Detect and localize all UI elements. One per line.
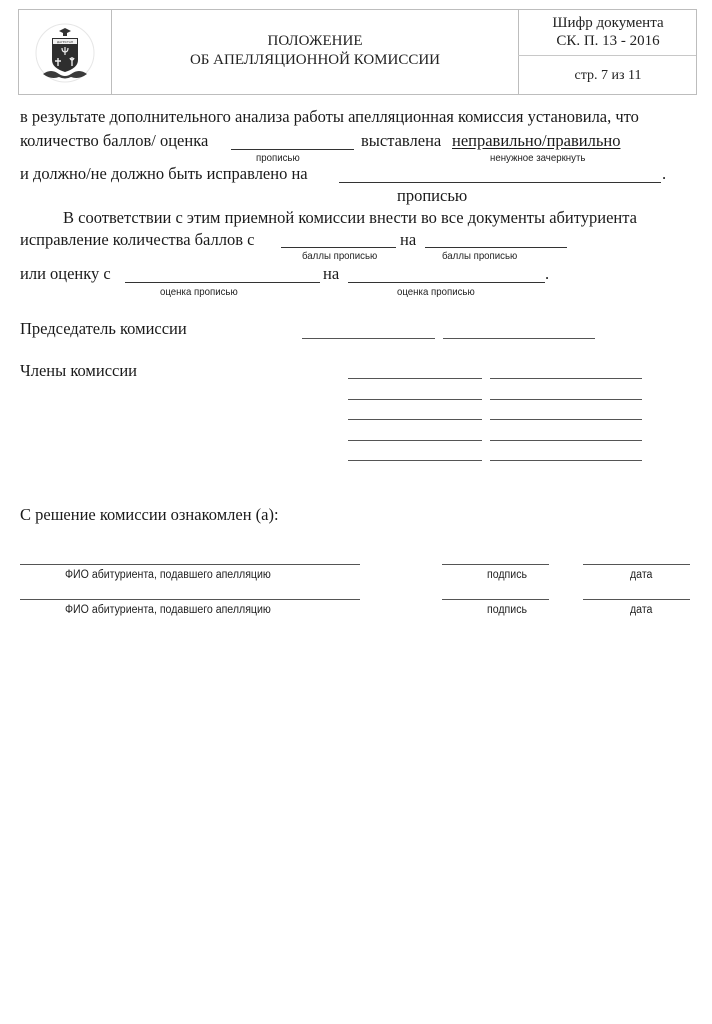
applicant-signature-field[interactable] xyxy=(442,599,549,600)
caption-balls-to: баллы прописью xyxy=(442,250,517,262)
balls-to-field[interactable] xyxy=(425,247,567,248)
caption-fio: ФИО абитуриента, подавшего апелляцию xyxy=(65,604,271,616)
para2-line-1: В соответствии с этим приемной комиссии … xyxy=(63,208,637,228)
chairman-name-field[interactable] xyxy=(443,338,595,339)
caption-grade-from: оценка прописью xyxy=(160,286,238,298)
body-line-2-start: количество баллов/ оценка xyxy=(20,131,208,151)
member-signature-field[interactable] xyxy=(348,399,482,400)
caption-signature: подпись xyxy=(487,604,527,616)
member-signature-field[interactable] xyxy=(348,460,482,461)
caption-propisyu: прописью xyxy=(397,186,467,206)
caption-fio: ФИО абитуриента, подавшего апелляцию xyxy=(65,569,271,581)
date-field[interactable] xyxy=(583,564,690,565)
body-line-2-mid: выставлена xyxy=(361,131,441,151)
header-divider xyxy=(518,55,696,56)
caption-propisyu: прописью xyxy=(256,152,300,164)
grade-from-field[interactable] xyxy=(125,282,320,283)
chairman-label: Председатель комиссии xyxy=(20,319,187,339)
member-name-field[interactable] xyxy=(490,440,642,441)
applicant-signature-field[interactable] xyxy=(442,564,549,565)
code-label: Шифр документа xyxy=(519,14,697,32)
para2-line-2-mid: на xyxy=(400,230,416,250)
body-line-3-end: . xyxy=(662,164,666,184)
members-label: Члены комиссии xyxy=(20,361,137,381)
svg-text:ДАГЕСТАН: ДАГЕСТАН xyxy=(57,40,73,44)
acknowledgement-title: С решение комиссии ознакомлен (а): xyxy=(20,505,279,525)
title-line: ПОЛОЖЕНИЕ xyxy=(112,32,518,51)
applicant-fio-field[interactable] xyxy=(20,564,360,565)
document-header: ДАГЕСТАН ПОЛОЖЕНИЕ ОБ АПЕЛЛЯЦИОННОЙ КОМИ… xyxy=(18,9,697,95)
member-name-field[interactable] xyxy=(490,378,642,379)
para2-line-3-mid: на xyxy=(323,264,339,284)
chairman-signature-field[interactable] xyxy=(302,338,435,339)
code-value: СК. П. 13 - 2016 xyxy=(519,32,697,50)
body-line-3-start: и должно/не должно быть исправлено на xyxy=(20,164,308,184)
title-line: ОБ АПЕЛЛЯЦИОННОЙ КОМИССИИ xyxy=(112,51,518,70)
correctness-choice: неправильно/правильно xyxy=(452,131,620,151)
corrected-value-field[interactable] xyxy=(339,182,661,183)
applicant-fio-field[interactable] xyxy=(20,599,360,600)
caption-grade-to: оценка прописью xyxy=(397,286,475,298)
para2-line-3-start: или оценку с xyxy=(20,264,111,284)
caption-signature: подпись xyxy=(487,569,527,581)
caption-date: дата xyxy=(630,604,652,616)
member-name-field[interactable] xyxy=(490,419,642,420)
document-title: ПОЛОЖЕНИЕ ОБ АПЕЛЛЯЦИОННОЙ КОМИССИИ xyxy=(112,32,518,70)
member-name-field[interactable] xyxy=(490,460,642,461)
para2-line-3-end: . xyxy=(545,264,549,284)
member-signature-field[interactable] xyxy=(348,440,482,441)
score-written-field[interactable] xyxy=(231,149,354,150)
caption-date: дата xyxy=(630,569,652,581)
caption-strike-out: ненужное зачеркнуть xyxy=(490,152,585,164)
member-signature-field[interactable] xyxy=(348,419,482,420)
body-line-1: в результате дополнительного анализа раб… xyxy=(20,107,639,127)
para2-line-2-start: исправление количества баллов с xyxy=(20,230,254,250)
caption-balls-from: баллы прописью xyxy=(302,250,377,262)
balls-from-field[interactable] xyxy=(281,247,396,248)
date-field[interactable] xyxy=(583,599,690,600)
member-signature-field[interactable] xyxy=(348,378,482,379)
grade-to-field[interactable] xyxy=(348,282,545,283)
member-name-field[interactable] xyxy=(490,399,642,400)
university-crest-icon: ДАГЕСТАН xyxy=(31,22,99,84)
page-number: стр. 7 из 11 xyxy=(519,67,697,85)
document-code: Шифр документа СК. П. 13 - 2016 xyxy=(519,14,697,50)
